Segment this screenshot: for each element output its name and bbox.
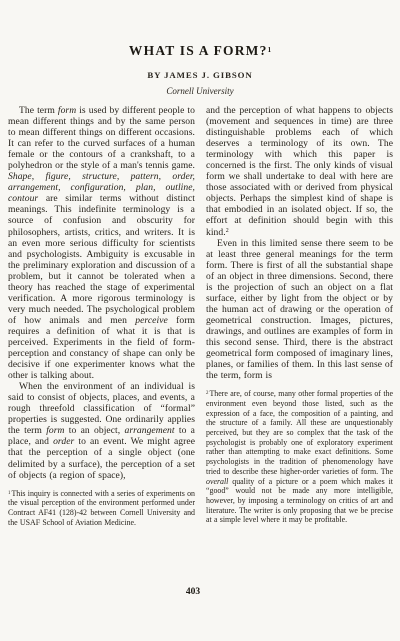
footnote-reference-marker: 2 [226, 228, 229, 234]
right-paragraph-2: Even in this limited sense there seem to… [206, 238, 393, 382]
italic-text-segment: form [46, 425, 64, 436]
left-footnote-1: 1This inquiry is connected with a series… [8, 489, 195, 528]
italic-text-segment: perceive [135, 315, 168, 326]
right-footnotes: 2There are, of course, many other formal… [206, 389, 393, 525]
text-segment: are similar terms without distinct meani… [8, 193, 195, 326]
text-segment: The term [19, 105, 58, 116]
title-text: WHAT IS A FORM? [129, 43, 268, 58]
byline: BY JAMES J. GIBSON [0, 70, 400, 80]
right-footnote-2: 2There are, of course, many other formal… [206, 389, 393, 525]
right-paragraph-1: and the perception of what happens to ob… [206, 105, 393, 238]
left-footnotes: 1This inquiry is connected with a series… [8, 489, 195, 528]
text-segment: Even in this limited sense there seem to… [206, 238, 393, 382]
italic-text-segment: form [58, 105, 76, 116]
text-segment: to an object, [65, 425, 125, 436]
affiliation: Cornell University [0, 86, 400, 96]
italic-text-segment: order [53, 436, 74, 447]
right-column: and the perception of what happens to ob… [206, 105, 393, 527]
left-paragraph-1: The term form is used by different peopl… [8, 105, 195, 381]
page-number: 403 [0, 587, 386, 597]
document-page: WHAT IS A FORM?1 BY JAMES J. GIBSON Corn… [0, 0, 400, 641]
page-title: WHAT IS A FORM?1 [0, 43, 400, 59]
two-column-body: The term form is used by different peopl… [0, 105, 400, 527]
left-paragraph-2: When the environment of an individual is… [8, 381, 195, 480]
text-segment: There are, of course, many other formal … [206, 389, 393, 476]
italic-text-segment: arrangement [124, 425, 174, 436]
text-segment: This inquiry is connected with a series … [8, 489, 195, 527]
text-segment: and the perception of what happens to ob… [206, 105, 393, 238]
left-column: The term form is used by different peopl… [8, 105, 195, 527]
article-header: WHAT IS A FORM?1 BY JAMES J. GIBSON Corn… [0, 0, 400, 96]
text-segment: quality of a picture or a poem which mak… [206, 477, 393, 525]
title-footnote-marker: 1 [268, 46, 272, 54]
italic-text-segment: overall [206, 477, 228, 486]
